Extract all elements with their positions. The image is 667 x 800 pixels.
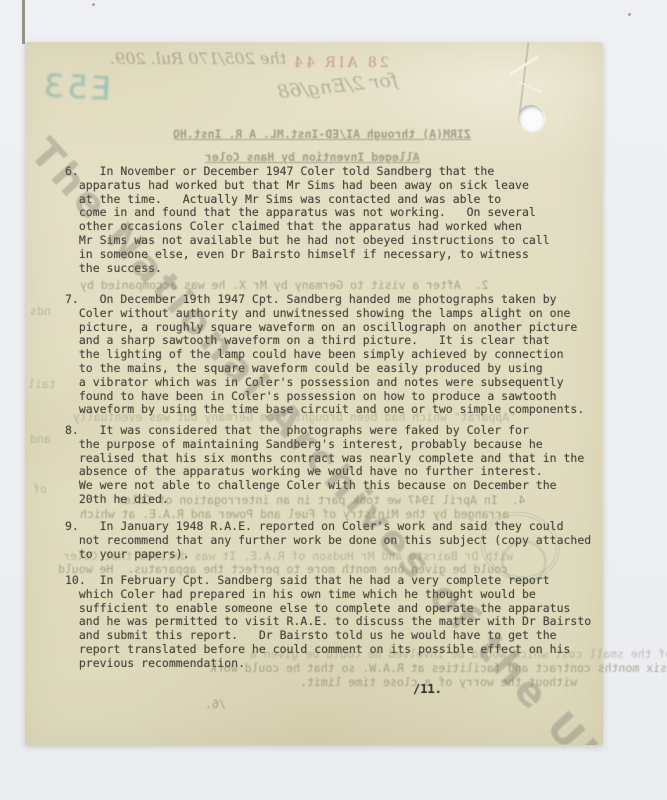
typed-text-layer: 6. In November or December 1947 Coler to… <box>25 42 603 745</box>
scan-background: the 205/170 Rul. 209. 28 AIR 44 for 2/En… <box>0 0 667 800</box>
typed-paragraph-9: 9. In January 1948 R.A.E. reported on Co… <box>65 520 591 561</box>
hole-punch <box>518 105 544 131</box>
typed-paragraph-6: 6. In November or December 1947 Coler to… <box>65 165 550 275</box>
scanner-edge-artifact <box>22 0 25 44</box>
typed-paragraph-10: 10. In February Cpt. Sandberg said that … <box>65 574 591 671</box>
document-page: the 205/170 Rul. 209. 28 AIR 44 for 2/En… <box>25 42 603 745</box>
typed-paragraph-8: 8. It was considered that the photograph… <box>65 424 584 507</box>
typed-paragraph-7: 7. On December 19th 1947 Cpt. Sandberg h… <box>65 293 584 417</box>
scan-speck <box>92 3 95 6</box>
scan-speck <box>628 13 631 16</box>
page-continuation-ref: /11. <box>413 682 442 696</box>
